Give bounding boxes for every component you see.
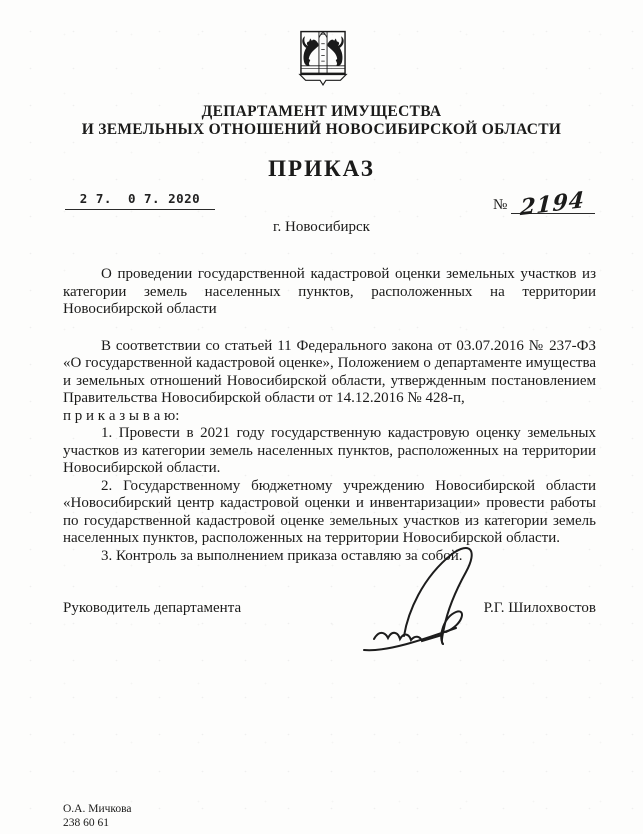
number-sign-label: № [493, 197, 507, 213]
order-body: О проведении государственной кадастровой… [63, 266, 596, 565]
order-item-3: 3. Контроль за выполнением приказа остав… [63, 548, 596, 566]
order-word: п р и к а з ы в а ю: [63, 408, 596, 426]
signer-name: Р.Г. Шилохвостов [484, 600, 596, 617]
executor-block: О.А. Мичкова 238 60 61 [63, 803, 132, 830]
date-stamp: 2 7. 0 7. 2020 [65, 191, 215, 210]
number-underline: 2194 [511, 191, 595, 214]
executor-name: О.А. Мичкова [63, 803, 132, 817]
order-preamble: В соответствии со статьей 11 Федеральног… [63, 338, 596, 408]
issuing-authority: ДЕПАРТАМЕНТ ИМУЩЕСТВА И ЗЕМЕЛЬНЫХ ОТНОШЕ… [30, 103, 613, 138]
document-type-title: ПРИКАЗ [0, 156, 643, 182]
executor-phone: 238 60 61 [63, 817, 132, 831]
order-item-2: 2. Государственному бюджетному учреждени… [63, 478, 596, 548]
handwritten-signature [352, 540, 482, 654]
scanned-order-document: ДЕПАРТАМЕНТ ИМУЩЕСТВА И ЗЕМЕЛЬНЫХ ОТНОШЕ… [0, 0, 643, 834]
order-subject: О проведении государственной кадастровой… [63, 266, 596, 319]
meta-row: 2 7. 0 7. 2020 № 2194 [63, 191, 595, 217]
handwritten-number: 2194 [520, 190, 586, 218]
signature-row: Руководитель департамента Р.Г. Шилохвост… [63, 600, 596, 617]
order-item-1: 1. Провести в 2021 году государственную … [63, 425, 596, 478]
org-name-line1: ДЕПАРТАМЕНТ ИМУЩЕСТВА [30, 103, 613, 121]
novosibirsk-oblast-coat-of-arms-icon [294, 29, 352, 91]
signer-title: Руководитель департамента [63, 600, 241, 617]
document-number: № 2194 [493, 191, 595, 214]
city-line: г. Новосибирск [0, 219, 643, 236]
org-name-line2: И ЗЕМЕЛЬНЫХ ОТНОШЕНИЙ НОВОСИБИРСКОЙ ОБЛА… [30, 121, 613, 139]
